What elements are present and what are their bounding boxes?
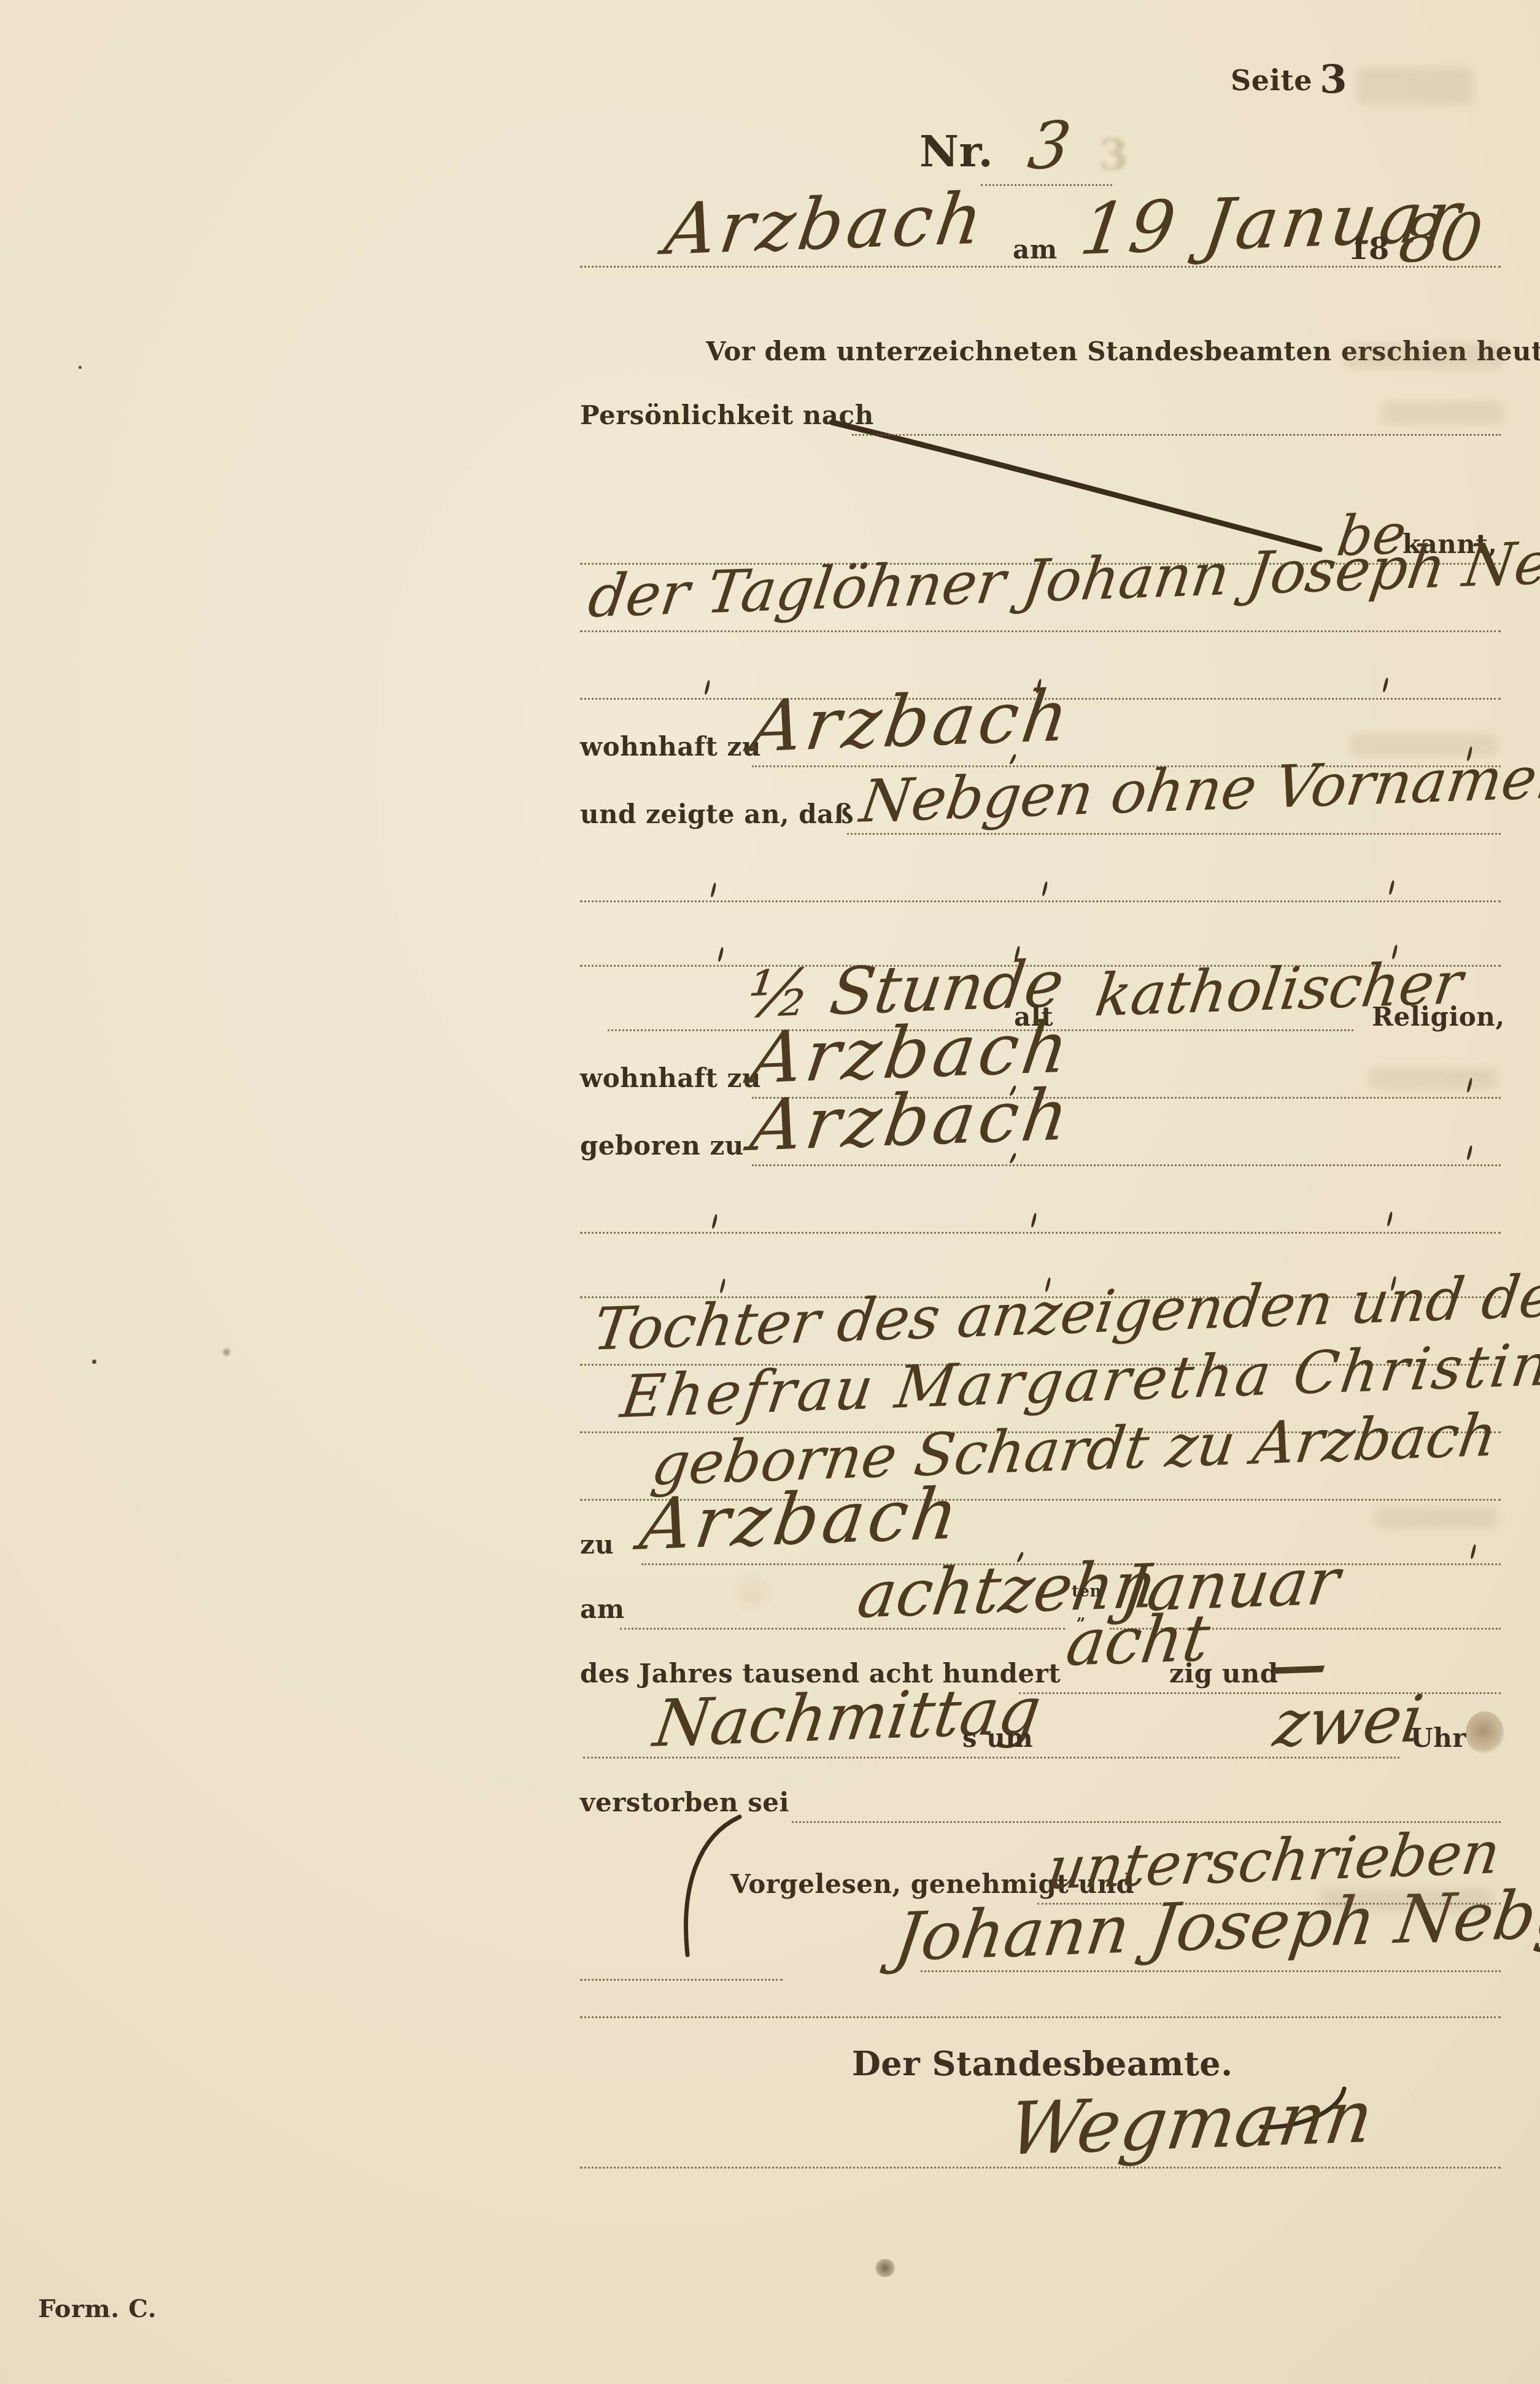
wohnhaft-label-1: wohnhaft zu: [580, 732, 761, 762]
zu-label: zu: [580, 1530, 614, 1560]
pen-tick: [1388, 880, 1395, 895]
closing-blank-rule: [580, 2016, 1501, 2018]
paper-speck: [92, 1360, 96, 1364]
declarant-signature-rule-left: [580, 1979, 783, 1981]
registrar-signature: Wegmann: [1004, 2074, 1378, 2172]
blank-rule-4: [580, 1232, 1501, 1234]
ink-stain: [1466, 1711, 1504, 1754]
hour-entry: zwei: [1269, 1681, 1428, 1762]
residence-entry-1: Arzbach: [746, 675, 1077, 768]
bleed-through-mark: [1344, 344, 1504, 368]
death-place-entry: Arzbach: [635, 1473, 967, 1566]
am-label-2: am: [580, 1594, 625, 1624]
bleed-through-mark: [1350, 734, 1498, 756]
pen-tick: [1031, 1213, 1037, 1228]
s-um-label: s um: [962, 1723, 1033, 1753]
offset-ghost-number: 3: [1099, 129, 1129, 180]
am-rule-left: [620, 1628, 1065, 1630]
bleed-through-mark: [1381, 402, 1504, 424]
pen-tick: [1382, 678, 1389, 692]
blank-rule-2: [580, 900, 1501, 902]
zeigte-label: und zeigte an, daß: [580, 799, 854, 829]
ten-suffix-label: ten: [1072, 1582, 1102, 1601]
am-label: am: [1013, 234, 1058, 265]
pen-tick: [710, 883, 717, 897]
bleed-through-mark: [1356, 68, 1473, 104]
geboren-label: geboren zu: [580, 1131, 744, 1161]
pen-tick: [718, 947, 724, 962]
bleed-through-mark: [1320, 1889, 1492, 1911]
pen-tick: [1470, 1544, 1477, 1559]
bleed-through-mark: [1369, 1068, 1498, 1089]
geboren-rule: [752, 1164, 1501, 1166]
uhr-label: Uhr: [1410, 1723, 1466, 1753]
registrar-signature-rule: [580, 2167, 1501, 2169]
dirt-spot: [221, 1347, 232, 1357]
record-number-rule: [981, 184, 1112, 186]
pen-tick: [704, 680, 711, 695]
declarant-signature-rule: [921, 1970, 1501, 1972]
year-rule: [1019, 1692, 1501, 1694]
pen-dash-stroke: [829, 411, 1332, 559]
zeigte-rule: [847, 833, 1501, 835]
birthplace-entry: Arzbach: [746, 1074, 1077, 1167]
dateline-rule: [580, 266, 1501, 268]
pen-tick: [1042, 881, 1048, 896]
religion-label: Religion,: [1372, 1002, 1505, 1032]
persoenlichkeit-rule: [852, 434, 1501, 436]
page-number: 3: [1320, 56, 1347, 103]
pen-tick: [1387, 1212, 1393, 1226]
daytime-rule: [583, 1757, 1399, 1759]
pen-tick: [1466, 1145, 1473, 1160]
bleed-through-mark: [1375, 1507, 1498, 1528]
declarant-rule: [580, 630, 1501, 632]
pen-tick: [711, 1214, 718, 1229]
zig-und-label: zig und: [1169, 1658, 1279, 1689]
record-number-entry: 3: [1024, 107, 1075, 184]
registry-document-page: Seite 3 Nr. 3 3 Arzbach am 19 Januar 18 …: [0, 0, 1540, 2384]
wohnhaft-label-2: wohnhaft zu: [580, 1063, 761, 1093]
place-entry: Arzbach: [660, 177, 991, 271]
dirt-spot: [875, 2259, 896, 2277]
year-printed: 18: [1348, 232, 1390, 266]
registrar-title: Der Standesbeamte.: [852, 2044, 1232, 2083]
form-label: Form. C.: [38, 2294, 157, 2323]
paper-speck: [79, 366, 82, 369]
faint-stain: [724, 1571, 780, 1614]
page-label: Seite: [1231, 64, 1312, 97]
record-number-label: Nr.: [919, 126, 993, 177]
